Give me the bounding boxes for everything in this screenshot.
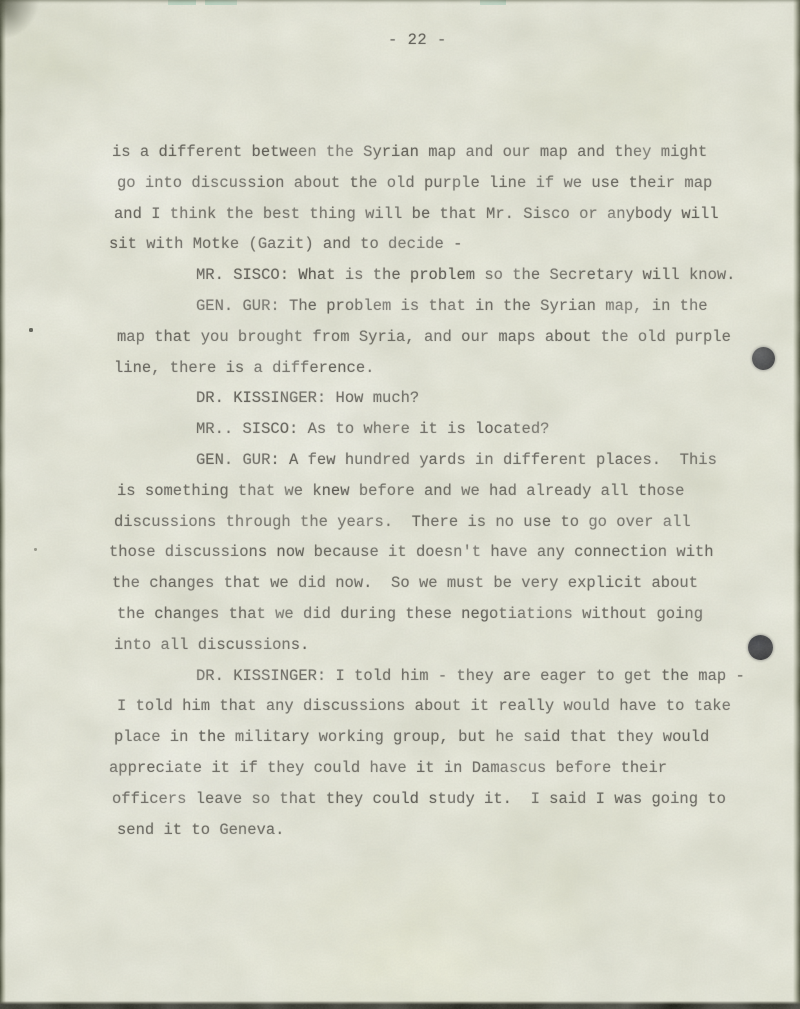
paragraph: MR. SISCO: What is the problem so the Se…	[112, 260, 782, 291]
transcript-line: sit with Motke (Gazit) and to decide -	[109, 229, 782, 260]
transcript-line: officers leave so that they could study …	[112, 784, 782, 815]
scan-edge-left	[0, 0, 6, 1009]
scan-color-artifact	[205, 0, 237, 5]
scan-edge-top	[0, 0, 800, 4]
paragraph: DR. KISSINGER: I told him - they are eag…	[112, 661, 782, 846]
transcript-line: MR. SISCO: What is the problem so the Se…	[112, 260, 782, 291]
scan-edge-bottom	[0, 1001, 800, 1009]
page-number: - 22 -	[388, 29, 447, 51]
scan-color-artifact	[480, 0, 506, 5]
margin-speck	[34, 548, 37, 551]
paragraph: MR.. SISCO: As to where it is located?	[112, 414, 782, 445]
transcript-line: place in the military working group, but…	[114, 722, 782, 753]
transcript-line: GEN. GUR: A few hundred yards in differe…	[112, 445, 782, 476]
transcript-line: those discussions now because it doesn't…	[109, 537, 782, 568]
margin-speck	[29, 328, 33, 332]
transcript-line: is a different between the Syrian map an…	[112, 137, 782, 168]
transcript-line: send it to Geneva.	[117, 815, 782, 846]
hole-punch-mark-lower	[748, 635, 773, 660]
hole-punch-mark-upper	[752, 347, 775, 370]
scan-color-artifact	[168, 0, 196, 5]
transcript-line: is something that we knew before and we …	[117, 476, 782, 507]
transcript-line: appreciate it if they could have it in D…	[109, 753, 782, 784]
transcript-line: MR.. SISCO: As to where it is located?	[112, 414, 782, 445]
transcript-line: I told him that any discussions about it…	[117, 691, 782, 722]
transcript-line: line, there is a difference.	[114, 353, 782, 384]
paragraph: GEN. GUR: The problem is that in the Syr…	[112, 291, 782, 383]
transcript-body: is a different between the Syrian map an…	[112, 137, 782, 845]
transcript-line: the changes that we did now. So we must …	[112, 568, 782, 599]
transcript-line: DR. KISSINGER: How much?	[112, 383, 782, 414]
transcript-line: go into discussion about the old purple …	[117, 168, 782, 199]
paragraph: DR. KISSINGER: How much?	[112, 383, 782, 414]
transcript-line: into all discussions.	[114, 630, 782, 661]
transcript-line: DR. KISSINGER: I told him - they are eag…	[112, 661, 782, 692]
transcript-line: the changes that we did during these neg…	[117, 599, 782, 630]
transcript-line: GEN. GUR: The problem is that in the Syr…	[112, 291, 782, 322]
transcript-line: map that you brought from Syria, and our…	[117, 322, 782, 353]
scan-corner-shadow	[0, 0, 40, 40]
transcript-line: discussions through the years. There is …	[114, 507, 782, 538]
document-page: - 22 - is a different between the Syrian…	[0, 0, 800, 1009]
scan-edge-right	[793, 0, 800, 1009]
paragraph: is a different between the Syrian map an…	[112, 137, 782, 260]
paragraph: GEN. GUR: A few hundred yards in differe…	[112, 445, 782, 661]
transcript-line: and I think the best thing will be that …	[114, 199, 782, 230]
